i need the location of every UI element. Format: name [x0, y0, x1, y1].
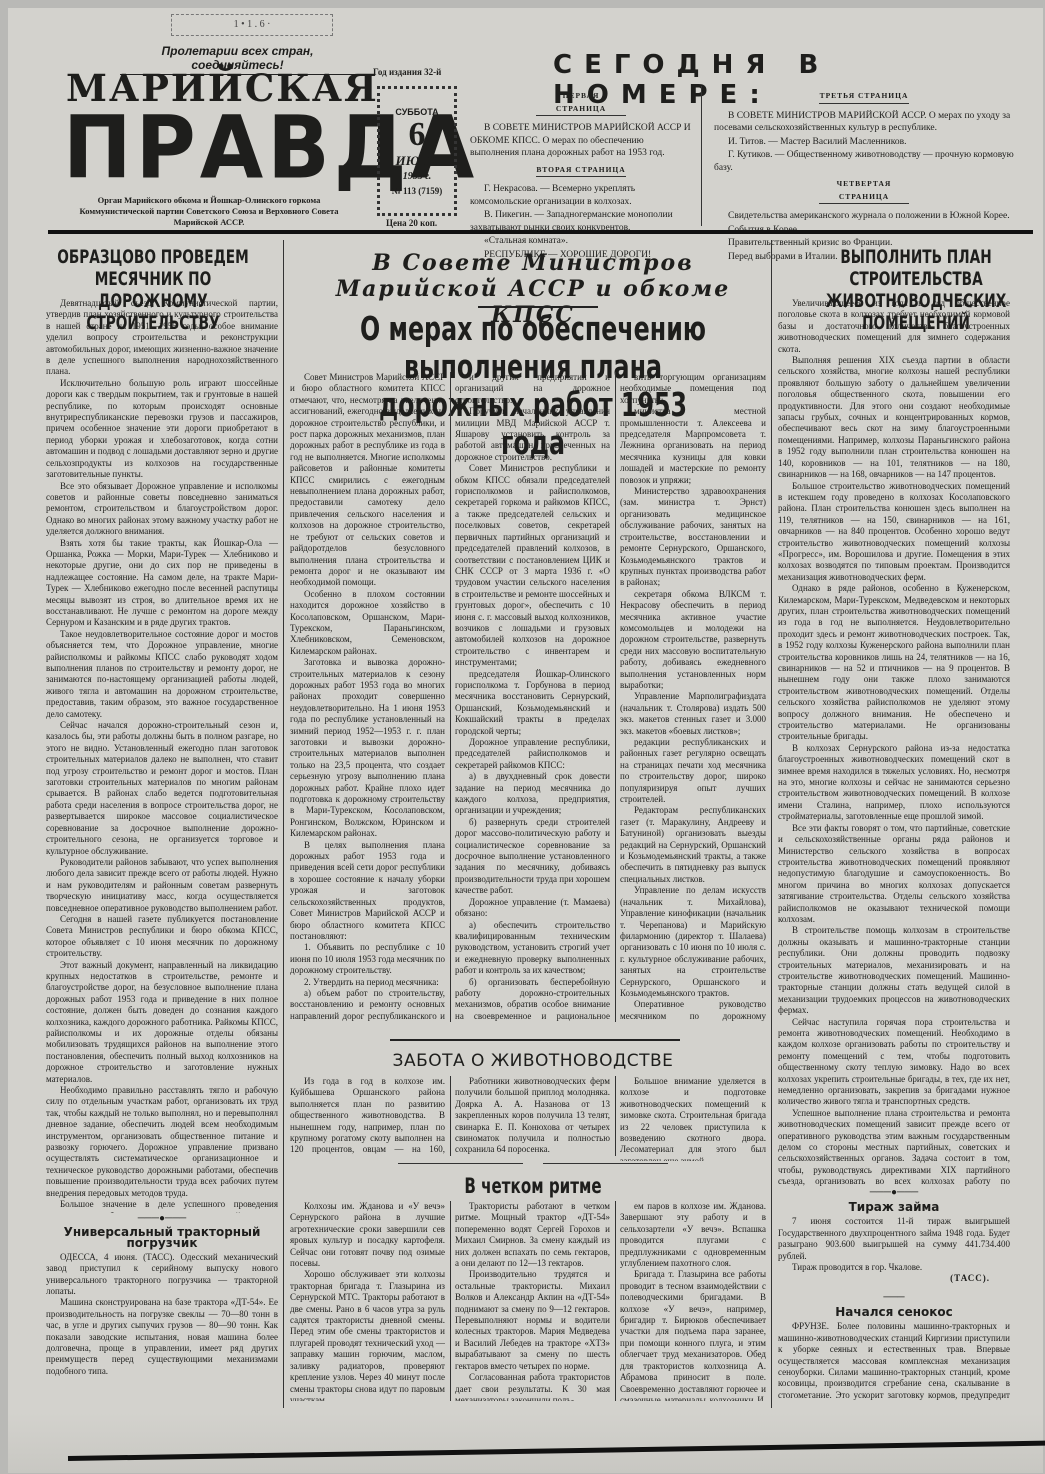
day-number: 6: [380, 117, 454, 153]
rhythm-column-3: ем паров в колхозе им. Жданова. Завершаю…: [620, 1201, 766, 1401]
paragraph: 7 июня состоится 11-й тираж выигрышей Го…: [778, 1216, 1010, 1262]
paragraph: ФРУНЗЕ. Более половины машинно-тракторны…: [778, 1321, 1010, 1403]
livestock-column-1: Из года в год в колхозе им. Куйбышева Ор…: [290, 1076, 445, 1156]
paragraph: Заготовка и вывозка дорожно-строительных…: [290, 657, 445, 840]
paragraph: б) развернуть среди строителей дорог мас…: [455, 817, 610, 897]
center-column-1: Совет Министров Марийской АССР и бюро об…: [290, 372, 445, 1022]
paragraph: Машина сконструирована на базе трактора …: [46, 1297, 278, 1377]
paragraph: Большое строительство животноводческих п…: [778, 481, 1010, 584]
price: Цена 20 коп.: [386, 218, 437, 228]
archive-stamp: 1 • 1 . 6 ·: [171, 14, 333, 36]
livestock-column-3: Большое внимание уделяется в колхозе и п…: [620, 1076, 766, 1161]
paragraph: секретаря обкома ВЛКСМ т. Некрасову обес…: [620, 589, 766, 692]
issue-number: № 113 (7159): [380, 186, 454, 196]
paragraph: Этот важный документ, направленный на ли…: [46, 960, 278, 1085]
date-box: СУББОТА 6 ИЮНЯ 1953 г. № 113 (7159): [377, 86, 457, 216]
today-in-issue-right: ТРЕТЬЯ СТРАНИЦАВ СОВЕТЕ МИНИСТРОВ МАРИЙС…: [714, 86, 1014, 264]
paragraph: Руководители районов забывают, что успех…: [46, 857, 278, 914]
paragraph: В строительстве помощь колхозам в строит…: [778, 925, 1010, 1016]
rhythm-column-3-text: ем паров в колхозе им. Жданова. Завершаю…: [620, 1201, 766, 1401]
month: ИЮНЯ: [380, 153, 454, 169]
paragraph: Необходимо правильно расставлять тягло и…: [46, 1085, 278, 1199]
ornament-divider: ───: [778, 1293, 1010, 1303]
paragraph: 1. Объявить по республике с 10 июня по 1…: [290, 942, 445, 976]
ornament-divider: ───●───: [46, 1214, 278, 1224]
paragraph: а) в двухдневный срок довести задание на…: [455, 771, 610, 817]
newspaper-page: 1 • 1 . 6 · Пролетарии всех стран, соеди…: [8, 8, 1043, 1470]
paragraph: Сейчас начался дорожно-строительный сезо…: [46, 720, 278, 857]
kicker-rule: [478, 306, 598, 308]
contents-item[interactable]: И. Титов. — Мастер Василий Масленников.: [714, 136, 1014, 149]
column-divider: [283, 240, 284, 1408]
haymaking-body: ФРУНЗЕ. Более половины машинно-тракторны…: [778, 1321, 1010, 1403]
livestock-column-2: Работники животноводческих ферм получили…: [455, 1076, 610, 1156]
left-brief-headline: Универсальный тракторный погрузчик: [46, 1227, 278, 1250]
paragraph: Девятнадцатый съезд Коммунистической пар…: [46, 298, 278, 378]
section-rule: [543, 1163, 668, 1164]
paragraph: Производительно трудятся и остальные тра…: [455, 1269, 610, 1372]
column-divider: [701, 86, 702, 226]
paragraph: ОДЕССА, 4 июня. (ТАСС). Одесский механич…: [46, 1252, 278, 1298]
livestock-column-3-text: Большое внимание уделяется в колхозе и п…: [620, 1076, 766, 1161]
paragraph: Все это обязывает Дорожное управление и …: [46, 481, 278, 538]
year-of-issue: Год издания 32-й: [373, 67, 441, 77]
haymaking-headline: Начался сенокос: [778, 1307, 1010, 1318]
paragraph: Работники животноводческих ферм получили…: [455, 1076, 610, 1156]
paragraph: а) объем работ по строительству, восстан…: [290, 988, 445, 1022]
ornament-divider: ───●───: [778, 1188, 1010, 1198]
left-brief-body: ОДЕССА, 4 июня. (ТАСС). Одесский механич…: [46, 1252, 278, 1377]
paragraph: Однако в ряде районов, особенно в Кужене…: [778, 583, 1010, 743]
paragraph: Поручить начальнику управления милиции М…: [455, 406, 610, 463]
column-divider: [450, 372, 451, 1022]
paragraph: Взять хотя бы такие тракты, как Йошкар-О…: [46, 538, 278, 629]
paragraph: Управление Марполиграфиздата (начальник …: [620, 691, 766, 737]
paragraph: 2. Утвердить на период месячника:: [290, 977, 445, 988]
paragraph: б) организовать бесперебойную работу дор…: [455, 977, 610, 1022]
column-divider: [450, 1201, 451, 1401]
section-label: ТРЕТЬЯ СТРАНИЦА: [819, 90, 909, 104]
paragraph: Большое внимание уделяется в колхозе и п…: [620, 1076, 766, 1161]
right-article-body: Увеличивающееся из года в год общественн…: [778, 298, 1010, 1188]
rhythm-headline: В четком ритме: [364, 1174, 702, 1198]
paragraph: Исключительно большую роль играют шоссей…: [46, 378, 278, 481]
column-divider: [615, 1201, 616, 1401]
paragraph: Совет Министров Марийской АССР и бюро об…: [290, 372, 445, 589]
section-label: ПЕРВАЯ СТРАНИЦА: [536, 90, 626, 116]
paragraph: Успешное выполнение плана строительства …: [778, 1108, 1010, 1188]
paragraph: Сейчас наступила горячая пора строительс…: [778, 1017, 1010, 1108]
paragraph: Согласованная работа трактористов дает с…: [455, 1372, 610, 1401]
column-divider: [615, 1076, 616, 1156]
left-article-body: Девятнадцатый съезд Коммунистической пар…: [46, 298, 278, 1213]
paragraph: министра местной промышленности т. Алекс…: [620, 406, 766, 486]
paragraph: вить торгующим организациям необходимые …: [620, 372, 766, 406]
paragraph: Особенно в плохом состоянии находится до…: [290, 589, 445, 657]
section-rule: [390, 1039, 680, 1041]
paragraph: Редакторам республиканских газет (т. Мар…: [620, 805, 766, 885]
paragraph: ем паров в колхозе им. Жданова. Завершаю…: [620, 1201, 766, 1269]
contents-item[interactable]: Свидетельства американского журнала о по…: [714, 210, 1014, 223]
paragraph: В колхозах Сернурского района из-за недо…: [778, 743, 1010, 823]
paragraph: Оперативное руководство месячником по до…: [620, 999, 766, 1022]
paragraph: а) обеспечить строительство квалифициров…: [455, 920, 610, 977]
livestock-headline: ЗАБОТА О ЖИВОТНОВОДСТВЕ: [298, 1051, 768, 1071]
paragraph: и других предприятий и организаций на до…: [455, 372, 610, 406]
paragraph: Большое значение в деле успешного провед…: [46, 1199, 278, 1213]
paragraph: Увеличивающееся из года в год общественн…: [778, 298, 1010, 355]
contents-item[interactable]: Г. Кутиков. — Общественному животноводст…: [714, 149, 1014, 174]
paragraph: председателя Йошкар-Олинского горисполко…: [455, 669, 610, 737]
paragraph: В целях выполнения плана дорожных работ …: [290, 840, 445, 943]
rhythm-column-2: Трактористы работают в четком ритме. Мощ…: [455, 1201, 610, 1401]
paragraph: Трактористы работают в четком ритме. Мощ…: [455, 1201, 610, 1269]
loan-draw-signature: (ТАСС).: [778, 1273, 990, 1284]
center-column-2: и других предприятий и организаций на до…: [455, 372, 610, 1022]
loan-draw-headline: Тираж займа: [778, 1202, 1010, 1213]
center-column-3: вить торгующим организациям необходимые …: [620, 372, 766, 1022]
paragraph: Управление по делам искусств (начальник …: [620, 885, 766, 999]
paragraph: Бригада т. Глазырина все работы проводит…: [620, 1269, 766, 1401]
paragraph: Хорошо обслуживает эти колхозы тракторна…: [290, 1269, 445, 1401]
today-in-issue-left: ПЕРВАЯ СТРАНИЦАВ СОВЕТЕ МИНИСТРОВ МАРИЙС…: [470, 86, 692, 262]
paragraph: Тираж проводится в гор. Чкалове.: [778, 1262, 1010, 1273]
paragraph: Министерство здравоохранения (зам. минис…: [620, 486, 766, 589]
masthead-rule: [48, 230, 1033, 234]
contents-item[interactable]: «Стальная комната».: [470, 235, 692, 248]
paragraph: Выполняя решения XIX съезда партии в обл…: [778, 355, 1010, 480]
paragraph: Из года в год в колхозе им. Куйбышева Ор…: [290, 1076, 445, 1156]
paragraph: Такое неудовлетворительное состояние дор…: [46, 629, 278, 720]
paragraph: редакции республиканских и районных газе…: [620, 737, 766, 805]
paragraph: Совет Министров республики и обком КПСС …: [455, 463, 610, 668]
column-divider: [771, 240, 772, 1408]
contents-item[interactable]: В СОВЕТЕ МИНИСТРОВ МАРИЙСКОЙ АССР. О мер…: [714, 110, 1014, 135]
haymaking: ─── Начался сенокос ФРУНЗЕ. Более полови…: [778, 1293, 1010, 1403]
section-rule: [398, 1163, 523, 1164]
masthead-organ: Орган Марийского обкома и Йошкар-Олинско…: [74, 195, 344, 228]
paragraph: Колхозы им. Жданова и «У вечэ» Сернурско…: [290, 1201, 445, 1269]
column-divider: [450, 1076, 451, 1156]
rhythm-column-1: Колхозы им. Жданова и «У вечэ» Сернурско…: [290, 1201, 445, 1401]
loan-draw-body: 7 июня состоится 11-й тираж выигрышей Го…: [778, 1216, 1010, 1273]
left-brief: ───●─── Универсальный тракторный погрузч…: [46, 1214, 278, 1414]
paragraph: Все эти факты говорят о том, что партийн…: [778, 823, 1010, 926]
loan-draw: ───●─── Тираж займа 7 июня состоится 11-…: [778, 1188, 1010, 1288]
paragraph: Сегодня в нашей газете публикуется поста…: [46, 914, 278, 960]
paragraph: Дорожное управление республики, председа…: [455, 737, 610, 771]
contents-item[interactable]: Г. Некрасова. — Всемерно укреплять комсо…: [470, 183, 692, 208]
paragraph: Дорожное управление (т. Мамаева) обязано…: [455, 897, 610, 920]
section-label: ЧЕТВЕРТАЯ СТРАНИЦА: [819, 178, 909, 204]
year: 1953 г.: [380, 171, 454, 182]
contents-item[interactable]: В СОВЕТЕ МИНИСТРОВ МАРИЙСКОЙ АССР И ОБКО…: [470, 122, 692, 160]
section-label: ВТОРАЯ СТРАНИЦА: [536, 164, 626, 178]
column-divider: [615, 372, 616, 1022]
